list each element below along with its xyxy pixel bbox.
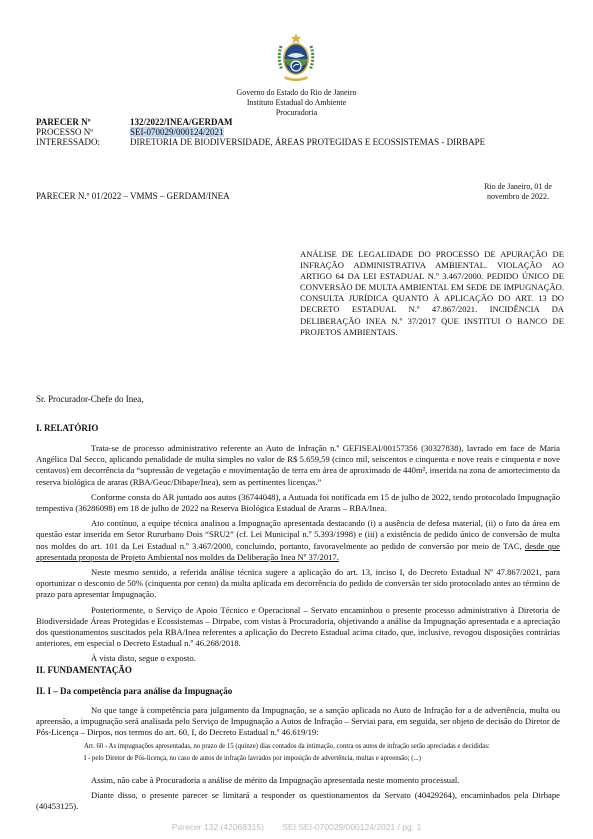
parecer-number: 132/2022/INEA/GERDAM [130, 117, 233, 127]
date-line-1: Rio de Janeiro, 01 de [478, 182, 558, 192]
footer-doc-ref: Parecer 132 (42068315) [172, 822, 264, 832]
institution-header: Governo do Estado do Rio de Janeiro Inst… [0, 88, 593, 118]
paragraph: Posteriormente, o Serviço de Apoio Técni… [36, 605, 560, 650]
fundamentacao-body-continued: Assim, não cabe à Procuradoria a análise… [36, 775, 560, 813]
footer-page-ref: SEI SEI-070029/000124/2021 / pg. 1 [282, 822, 421, 832]
paragraph: Diante disso, o presente parecer se limi… [36, 790, 560, 812]
legal-quote: Art. 60 - As impugnações apresentadas, n… [84, 742, 564, 763]
page-footer: Parecer 132 (42068315) SEI SEI-070029/00… [0, 822, 593, 833]
header-line-government: Governo do Estado do Rio de Janeiro [0, 88, 593, 98]
header-line-institute: Instituto Estadual do Ambiente [0, 98, 593, 108]
paragraph: Ato contínuo, a equipe técnica analisou … [36, 518, 560, 563]
paragraph: No que tange à competência para julgamen… [36, 705, 560, 739]
paragraph: Trata-se de processo administrativo refe… [36, 443, 560, 488]
section-heading-relatorio: I. RELATÓRIO [36, 423, 98, 434]
fundamentacao-body: No que tange à competência para julgamen… [36, 705, 560, 739]
quote-inciso: I - pelo Diretor de Pós-licença, no caso… [84, 754, 564, 763]
relatorio-body: Trata-se de processo administrativo refe… [36, 443, 560, 665]
processo-number[interactable]: SEI-070029/000124/2021 [130, 127, 224, 137]
coat-of-arms-icon [274, 32, 318, 84]
paragraph: Neste mesmo sentido, a referida análise … [36, 567, 560, 601]
document-metadata: PARECER Nº 132/2022/INEA/GERDAM PROCESSO… [36, 117, 485, 147]
interessado-label: INTERESSADO: [36, 137, 130, 147]
paragraph: Conforme consta do AR juntado aos autos … [36, 492, 560, 514]
paragraph: Assim, não cabe à Procuradoria a análise… [36, 775, 560, 786]
parecer-label: PARECER Nº [36, 117, 130, 127]
document-date: Rio de Janeiro, 01 de novembro de 2022. [478, 182, 558, 202]
quote-article: Art. 60 - As impugnações apresentadas, n… [84, 742, 564, 751]
section-heading-fundamentacao: II. FUNDAMENTAÇÃO [36, 665, 132, 676]
paragraph-text: Ato contínuo, a equipe técnica analisou … [36, 518, 560, 550]
parecer-reference: PARECER N.º 01/2022 – VMMS – GERDAM/INEA [36, 191, 230, 202]
salutation: Sr. Procurador-Chefe do Inea, [36, 394, 144, 405]
subsection-heading-competencia: II. I – Da competência para análise da I… [36, 686, 232, 697]
paragraph: À vista disto, segue o exposto. [36, 653, 560, 664]
date-line-2: novembro de 2022. [478, 192, 558, 202]
interessado-value: DIRETORIA DE BIODIVERSIDADE, ÁREAS PROTE… [130, 137, 485, 147]
ementa-summary: ANÁLISE DE LEGALIDADE DO PROCESSO DE APU… [300, 249, 564, 338]
processo-label: PROCESSO Nº [36, 127, 130, 137]
